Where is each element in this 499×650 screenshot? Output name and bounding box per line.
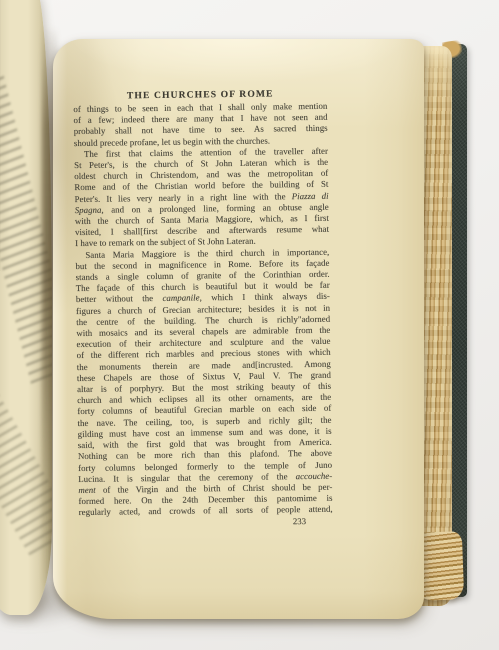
- text-block: THE CHURCHES OF ROME of things to be see…: [73, 87, 333, 530]
- page-lines: of things to be seen in each that I shal…: [73, 101, 332, 519]
- right-page: THE CHURCHES OF ROME of things to be see…: [53, 39, 424, 619]
- book-photo: THE CHURCHES OF ROME of things to be see…: [0, 0, 499, 650]
